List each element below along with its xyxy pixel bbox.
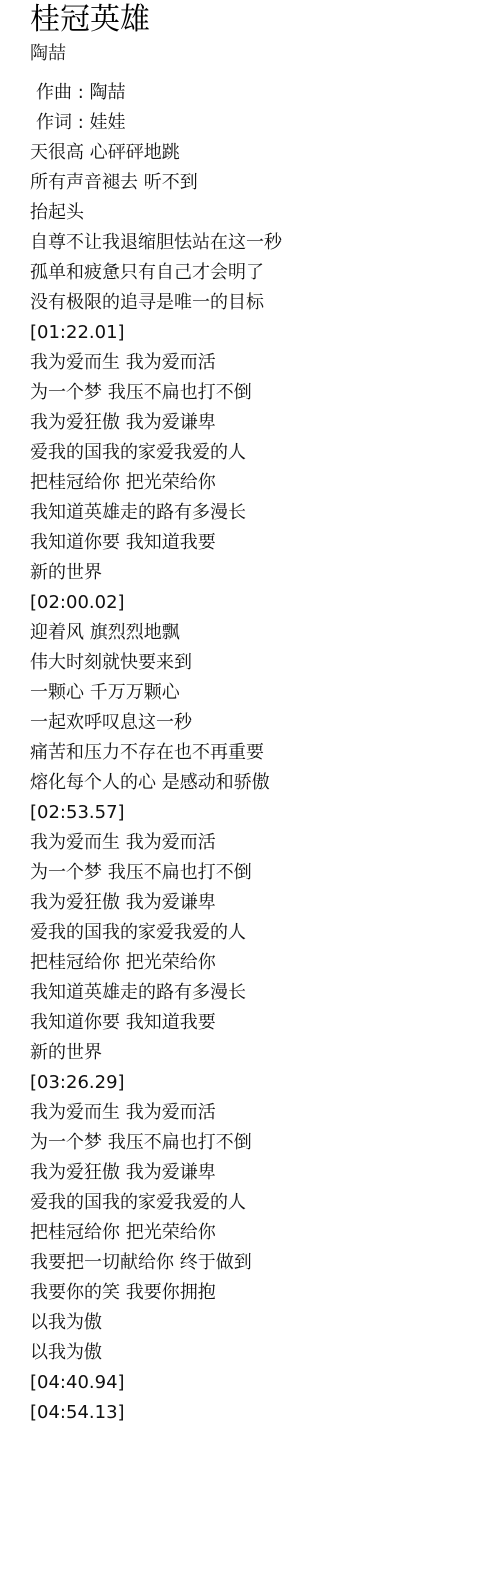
- lyric-line: 为一个梦 我压不扁也打不倒: [30, 1128, 490, 1158]
- lyric-line: 为一个梦 我压不扁也打不倒: [30, 858, 490, 888]
- lyric-timestamp: [02:53.57]: [30, 798, 490, 828]
- lyrics-body: 天很高 心砰砰地跳所有声音褪去 听不到抬起头自尊不让我退缩胆怯站在这一秒孤单和疲…: [30, 138, 490, 1428]
- lyric-line: 迎着风 旗烈烈地飘: [30, 618, 490, 648]
- lyric-line: 把桂冠给你 把光荣给你: [30, 1218, 490, 1248]
- lyric-line: 没有极限的追寻是唯一的目标: [30, 288, 490, 318]
- lyric-line: 爱我的国我的家爱我爱的人: [30, 438, 490, 468]
- lyric-line: 熔化每个人的心 是感动和骄傲: [30, 768, 490, 798]
- lyric-line: 痛苦和压力不存在也不再重要: [30, 738, 490, 768]
- lyric-line: 把桂冠给你 把光荣给你: [30, 948, 490, 978]
- lyric-timestamp: [02:00.02]: [30, 588, 490, 618]
- lyric-line: 我为爱狂傲 我为爱谦卑: [30, 1158, 490, 1188]
- lyric-line: 新的世界: [30, 1038, 490, 1068]
- lyric-line: 我知道英雄走的路有多漫长: [30, 498, 490, 528]
- lyric-line: 把桂冠给你 把光荣给你: [30, 468, 490, 498]
- lyric-line: 我为爱而生 我为爱而活: [30, 828, 490, 858]
- lyric-line: 爱我的国我的家爱我爱的人: [30, 1188, 490, 1218]
- lyric-line: 一起欢呼叹息这一秒: [30, 708, 490, 738]
- credit-lyricist: 作词 : 娃娃: [30, 108, 490, 138]
- lyric-line: 我为爱而生 我为爱而活: [30, 1098, 490, 1128]
- lyric-timestamp: [01:22.01]: [30, 318, 490, 348]
- lyric-line: 我知道你要 我知道我要: [30, 1008, 490, 1038]
- lyric-line: 孤单和疲惫只有自己才会明了: [30, 258, 490, 288]
- lyric-timestamp: [04:54.13]: [30, 1398, 490, 1428]
- lyric-line: 所有声音褪去 听不到: [30, 168, 490, 198]
- lyrics-page: 桂冠英雄 陶喆 作曲 : 陶喆 作词 : 娃娃 天很高 心砰砰地跳所有声音褪去 …: [30, 0, 490, 1428]
- lyric-line: 我为爱狂傲 我为爱谦卑: [30, 888, 490, 918]
- song-title: 桂冠英雄: [30, 0, 490, 39]
- lyric-line: 我知道你要 我知道我要: [30, 528, 490, 558]
- song-artist: 陶喆: [30, 39, 490, 69]
- lyric-timestamp: [03:26.29]: [30, 1068, 490, 1098]
- lyric-line: 为一个梦 我压不扁也打不倒: [30, 378, 490, 408]
- lyric-line: 自尊不让我退缩胆怯站在这一秒: [30, 228, 490, 258]
- lyric-line: 一颗心 千万万颗心: [30, 678, 490, 708]
- lyric-line: 以我为傲: [30, 1308, 490, 1338]
- lyric-line: 以我为傲: [30, 1338, 490, 1368]
- credits: 作曲 : 陶喆 作词 : 娃娃: [30, 78, 490, 138]
- lyric-line: 抬起头: [30, 198, 490, 228]
- lyric-line: 我要你的笑 我要你拥抱: [30, 1278, 490, 1308]
- lyric-line: 天很高 心砰砰地跳: [30, 138, 490, 168]
- lyric-line: 我为爱而生 我为爱而活: [30, 348, 490, 378]
- lyric-line: 伟大时刻就快要来到: [30, 648, 490, 678]
- lyric-timestamp: [04:40.94]: [30, 1368, 490, 1398]
- lyric-line: 我要把一切献给你 终于做到: [30, 1248, 490, 1278]
- lyric-line: 爱我的国我的家爱我爱的人: [30, 918, 490, 948]
- lyric-line: 我为爱狂傲 我为爱谦卑: [30, 408, 490, 438]
- lyric-line: 我知道英雄走的路有多漫长: [30, 978, 490, 1008]
- credit-composer: 作曲 : 陶喆: [30, 78, 490, 108]
- lyric-line: 新的世界: [30, 558, 490, 588]
